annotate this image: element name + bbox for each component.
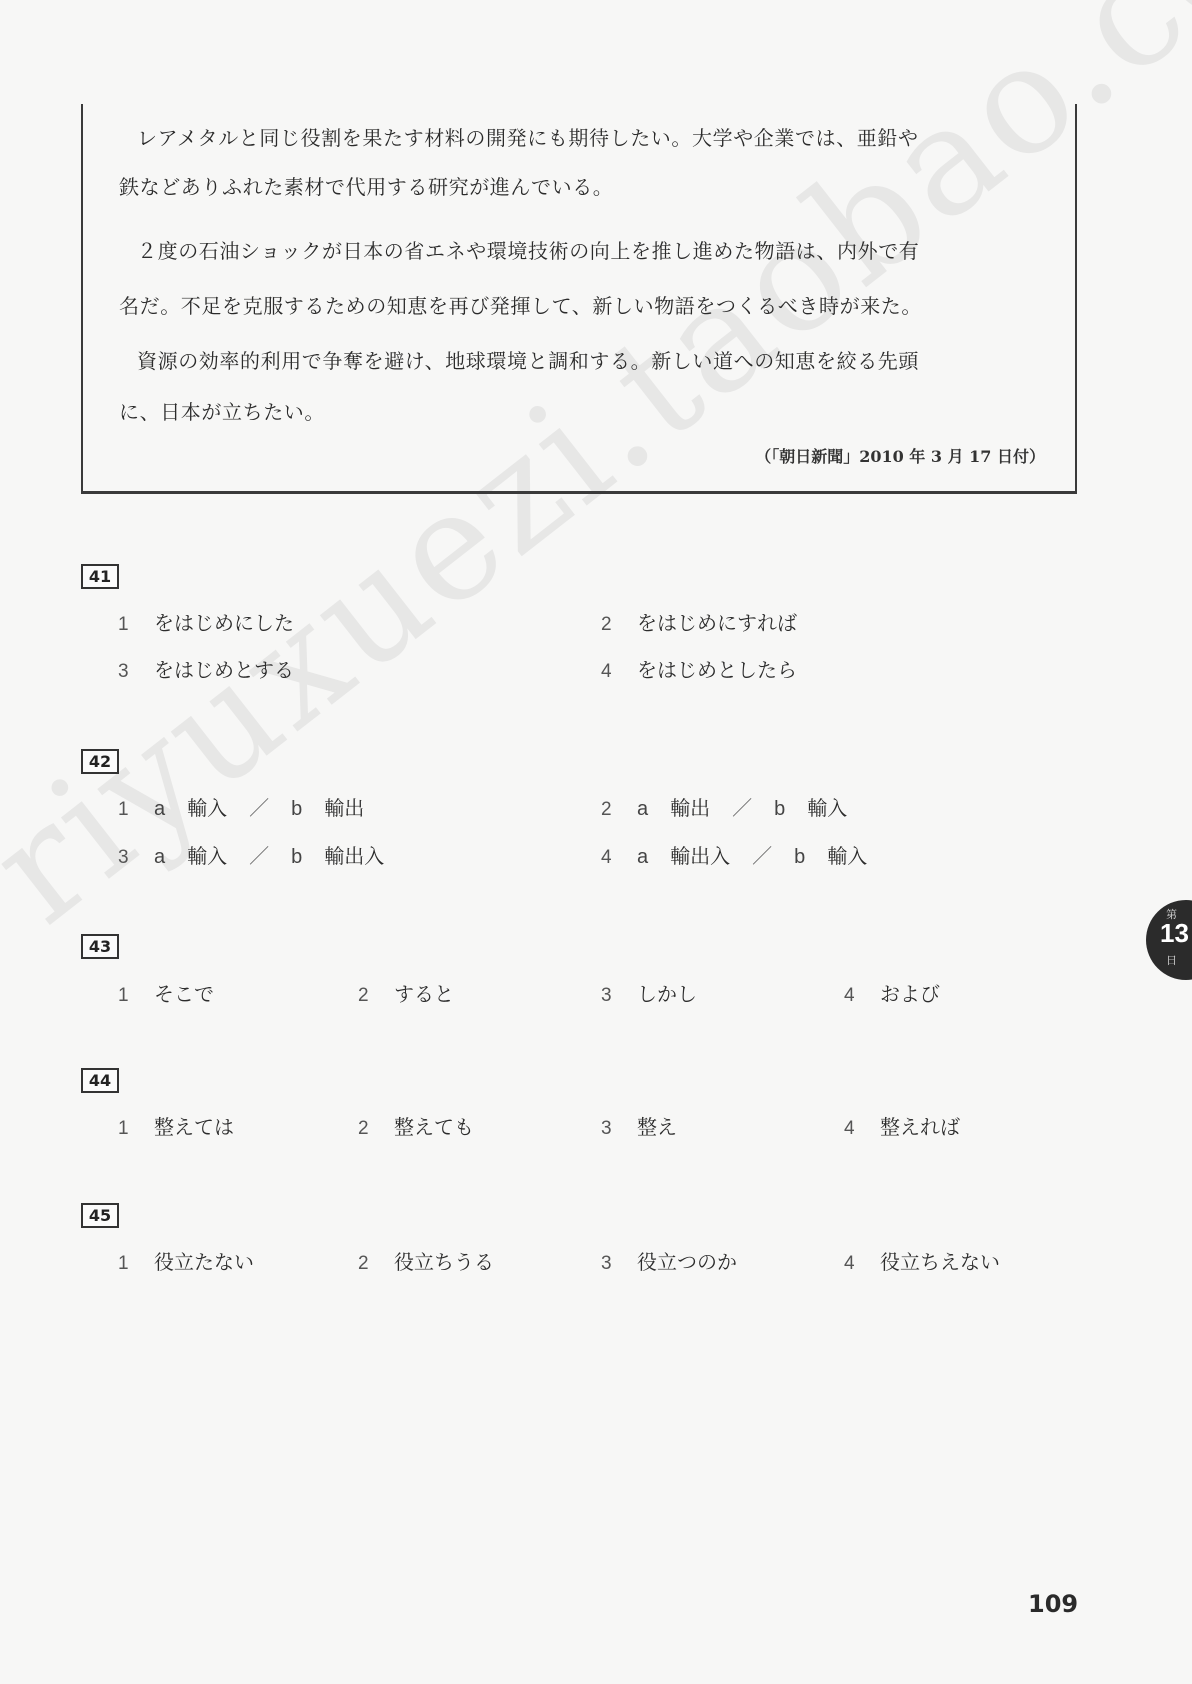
option-number: 2 <box>601 614 637 636</box>
reading-passage-box: レアメタルと同じ役割を果たす材料の開発にも期待したい。大学や企業では、亜鉛や 鉄… <box>81 104 1077 494</box>
option-45-1[interactable]: 1役立たない <box>118 1246 254 1275</box>
option-41-3[interactable]: 3をはじめとする <box>118 654 294 683</box>
option-text: すると <box>394 982 454 1006</box>
option-text: をはじめにした <box>154 611 294 635</box>
blank-b-text: 輸入 <box>807 796 847 820</box>
blank-a-label: a <box>154 846 165 868</box>
textbook-page: riyuxuezi.taobao.com レアメタルと同じ役割を果たす材料の開発… <box>0 0 1192 1684</box>
blank-b-text: 輸出 <box>324 796 364 820</box>
option-text: 整えては <box>154 1115 234 1139</box>
blank-a-text: 輸入 <box>187 844 227 868</box>
option-43-4[interactable]: 4および <box>844 978 940 1007</box>
option-number: 2 <box>358 985 394 1007</box>
blank-a-label: a <box>637 798 648 820</box>
option-number: 1 <box>118 985 154 1007</box>
option-44-2[interactable]: 2整えても <box>358 1111 474 1140</box>
option-42-4[interactable]: 4a輸出入／b輸入 <box>601 840 867 869</box>
option-number: 4 <box>844 1253 880 1275</box>
option-42-1[interactable]: 1a輸入／b輸出 <box>118 792 364 821</box>
blank-a-text: 輸出 <box>670 796 710 820</box>
chapter-tab-number: 13 <box>1160 918 1189 949</box>
option-44-1[interactable]: 1整えては <box>118 1111 234 1140</box>
option-41-2[interactable]: 2をはじめにすれば <box>601 607 797 636</box>
chapter-tab-suffix: 日 <box>1166 952 1177 968</box>
option-text: および <box>880 982 940 1006</box>
option-45-2[interactable]: 2役立ちうる <box>358 1246 494 1275</box>
separator: ／ <box>227 792 291 821</box>
option-text: 整えれば <box>880 1115 960 1139</box>
option-number: 3 <box>118 661 154 683</box>
question-number-43: 43 <box>81 934 119 959</box>
option-number: 3 <box>601 1253 637 1275</box>
option-number: 1 <box>118 799 154 821</box>
passage-line: 鉄などありふれた素材で代用する研究が進んでいる。 <box>119 171 613 200</box>
passage-line: 名だ。不足を克服するための知恵を再び発揮して、新しい物語をつくるべき時が来た。 <box>119 290 922 319</box>
option-number: 1 <box>118 1118 154 1140</box>
blank-a-text: 輸出入 <box>670 844 730 868</box>
blank-b-label: b <box>794 846 805 868</box>
option-41-4[interactable]: 4をはじめとしたら <box>601 654 797 683</box>
option-41-1[interactable]: 1をはじめにした <box>118 607 294 636</box>
passage-line: に、日本が立ちたい。 <box>119 396 325 425</box>
option-number: 4 <box>601 661 637 683</box>
separator: ／ <box>227 840 291 869</box>
blank-b-label: b <box>291 798 302 820</box>
option-text: 役立ちうる <box>394 1250 494 1274</box>
option-text: 整え <box>637 1115 677 1139</box>
option-text: 整えても <box>394 1115 474 1139</box>
separator: ／ <box>710 792 774 821</box>
page-number: 109 <box>1028 1590 1078 1618</box>
passage-source-citation: （「朝日新聞」2010 年 3 月 17 日付） <box>755 444 1045 467</box>
option-number: 2 <box>601 799 637 821</box>
passage-line: ２度の石油ショックが日本の省エネや環境技術の向上を推し進めた物語は、内外で有 <box>137 235 919 264</box>
passage-line: レアメタルと同じ役割を果たす材料の開発にも期待したい。大学や企業では、亜鉛や <box>137 122 919 151</box>
blank-a-text: 輸入 <box>187 796 227 820</box>
option-number: 2 <box>358 1118 394 1140</box>
option-text: をはじめにすれば <box>637 611 797 635</box>
option-text: 役立ちえない <box>880 1250 1000 1274</box>
option-43-3[interactable]: 3しかし <box>601 978 697 1007</box>
blank-b-text: 輸出入 <box>324 844 384 868</box>
option-43-1[interactable]: 1そこで <box>118 978 214 1007</box>
option-text: をはじめとする <box>154 658 294 682</box>
option-number: 4 <box>844 985 880 1007</box>
option-text: 役立たない <box>154 1250 254 1274</box>
option-number: 3 <box>118 847 154 869</box>
option-45-3[interactable]: 3役立つのか <box>601 1246 737 1275</box>
question-number-42: 42 <box>81 749 119 774</box>
blank-b-text: 輸入 <box>827 844 867 868</box>
option-number: 1 <box>118 1253 154 1275</box>
option-text: しかし <box>637 982 697 1006</box>
blank-a-label: a <box>154 798 165 820</box>
option-45-4[interactable]: 4役立ちえない <box>844 1246 1000 1275</box>
chapter-tab-day-13: 第 13 日 <box>1146 900 1192 980</box>
option-number: 2 <box>358 1253 394 1275</box>
option-44-4[interactable]: 4整えれば <box>844 1111 960 1140</box>
passage-line: 資源の効率的利用で争奪を避け、地球環境と調和する。新しい道への知恵を絞る先頭 <box>137 345 919 374</box>
option-number: 4 <box>844 1118 880 1140</box>
blank-b-label: b <box>291 846 302 868</box>
option-number: 3 <box>601 1118 637 1140</box>
option-44-3[interactable]: 3整え <box>601 1111 677 1140</box>
option-text: 役立つのか <box>637 1250 737 1274</box>
question-number-41: 41 <box>81 564 119 589</box>
option-42-2[interactable]: 2a輸出／b輸入 <box>601 792 847 821</box>
question-number-45: 45 <box>81 1203 119 1228</box>
blank-a-label: a <box>637 846 648 868</box>
option-text: そこで <box>154 982 214 1006</box>
option-43-2[interactable]: 2すると <box>358 978 454 1007</box>
blank-b-label: b <box>774 798 785 820</box>
option-number: 4 <box>601 847 637 869</box>
option-number: 3 <box>601 985 637 1007</box>
separator: ／ <box>730 840 794 869</box>
option-number: 1 <box>118 614 154 636</box>
question-number-44: 44 <box>81 1068 119 1093</box>
option-text: をはじめとしたら <box>637 658 797 682</box>
option-42-3[interactable]: 3a輸入／b輸出入 <box>118 840 384 869</box>
